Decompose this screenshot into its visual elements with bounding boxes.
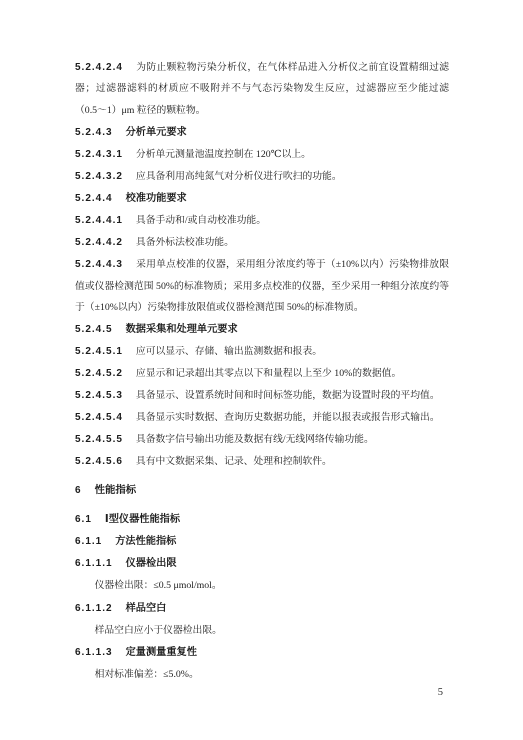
clause-text: 分析单元要求 [126,127,187,138]
section-heading: 6.1.1.1仪器检出限 [75,553,449,574]
section-heading: 5.2.4.5数据采集和处理单元要求 [75,319,449,340]
page-number: 5 [438,686,443,700]
clause-paragraph: 5.2.4.5.2应显示和记录超出其零点以下和量程以上至少 10%的数据值。 [75,363,449,384]
clause-paragraph: 5.2.4.4.2具备外标法校准功能。 [75,232,449,253]
section-heading: 6.1.1.3定量测量重复性 [75,642,449,663]
clause-paragraph: 5.2.4.2.4为防止颗粒物污染分析仪，在气体样品进入分析仪之前宜设置精细过滤… [75,57,449,121]
clause-text: 具备显示实时数据、查询历史数据功能，并能以报表或报告形式输出。 [136,412,440,423]
section-heading: 5.2.4.4校准功能要求 [75,188,449,209]
body-paragraph: 仪器检出限：≤0.5 μmol/mol。 [75,575,449,596]
clause-text: 样品空白 [126,603,167,614]
clause-paragraph: 5.2.4.3.2应具备利用高纯氮气对分析仪进行吹扫的功能。 [75,166,449,187]
clause-text: 仪器检出限：≤0.5 μmol/mol。 [95,580,222,591]
clause-text: 样品空白应小于仪器检出限。 [95,625,222,636]
clause-number: 5.2.4.3.2 [75,171,123,182]
clause-number: 6.1.1.3 [75,647,113,658]
clause-text: 应可以显示、存储、输出监测数据和报表。 [136,346,322,357]
clause-text: 具有中文数据采集、记录、处理和控制软件。 [136,456,332,467]
clause-number: 5.2.4.5.1 [75,346,123,357]
clause-number: 5.2.4.5 [75,324,113,335]
clause-text: 为防止颗粒物污染分析仪，在气体样品进入分析仪之前宜设置精细过滤器；过滤器滤料的材… [75,62,449,116]
clause-text: 方法性能指标 [115,536,176,547]
clause-text: 具备数字信号输出功能及数据有线/无线网络传输功能。 [136,434,374,445]
clause-paragraph: 5.2.4.3.1分析单元测量池温度控制在 120℃以上。 [75,144,449,165]
clause-text: 具备外标法校准功能。 [136,237,234,248]
section-heading: 6.1Ⅰ型仪器性能指标 [75,509,449,530]
clause-number: 5.2.4.5.3 [75,390,123,401]
clause-text: 仪器检出限 [126,558,177,569]
document-content: 5.2.4.2.4为防止颗粒物污染分析仪，在气体样品进入分析仪之前宜设置精细过滤… [75,57,449,686]
clause-number: 6.1.1 [75,536,102,547]
clause-number: 5.2.4.5.6 [75,456,123,467]
clause-text: 分析单元测量池温度控制在 120℃以上。 [136,149,311,160]
section-heading: 6.1.1方法性能指标 [75,531,449,552]
body-paragraph: 相对标准偏差：≤5.0%。 [75,664,449,685]
clause-paragraph: 5.2.4.5.6具有中文数据采集、记录、处理和控制软件。 [75,451,449,472]
section-heading: 6.1.1.2样品空白 [75,598,449,619]
document-page: 5.2.4.2.4为防止颗粒物污染分析仪，在气体样品进入分析仪之前宜设置精细过滤… [0,0,523,740]
chapter-heading: 6性能指标 [75,480,449,501]
clause-number: 6.1 [75,514,92,525]
clause-number: 5.2.4.3.1 [75,149,123,160]
clause-number: 5.2.4.2.4 [75,62,123,73]
clause-text: 校准功能要求 [126,193,187,204]
clause-paragraph: 5.2.4.5.3具备显示、设置系统时间和时间标签功能，数据为设置时段的平均值。 [75,385,449,406]
clause-number: 5.2.4.4.2 [75,237,123,248]
clause-number: 5.2.4.3 [75,127,113,138]
clause-text: 相对标准偏差：≤5.0%。 [95,669,199,680]
clause-number: 6.1.1.2 [75,603,113,614]
clause-text: 应显示和记录超出其零点以下和量程以上至少 10%的数据值。 [136,368,401,379]
clause-number: 5.2.4.4.1 [75,215,123,226]
clause-text: 采用单点校准的仪器，采用组分浓度约等于（±10%以内）污染物排放限值或仪器检测范… [75,259,449,313]
clause-text: 具备显示、设置系统时间和时间标签功能，数据为设置时段的平均值。 [136,390,440,401]
clause-number: 6.1.1.1 [75,558,113,569]
clause-number: 5.2.4.5.4 [75,412,123,423]
clause-number: 5.2.4.4.3 [75,259,123,270]
clause-text: 数据采集和处理单元要求 [126,324,238,335]
clause-text: 应具备利用高纯氮气对分析仪进行吹扫的功能。 [136,171,342,182]
section-heading: 5.2.4.3分析单元要求 [75,122,449,143]
clause-number: 5.2.4.5.2 [75,368,123,379]
clause-text: Ⅰ型仪器性能指标 [105,514,180,525]
body-paragraph: 样品空白应小于仪器检出限。 [75,620,449,641]
clause-number: 6 [75,485,82,496]
clause-number: 5.2.4.5.5 [75,434,123,445]
clause-paragraph: 5.2.4.4.1具备手动和/或自动校准功能。 [75,210,449,231]
clause-number: 5.2.4.4 [75,193,113,204]
clause-paragraph: 5.2.4.5.4具备显示实时数据、查询历史数据功能，并能以报表或报告形式输出。 [75,407,449,428]
clause-paragraph: 5.2.4.5.1应可以显示、存储、输出监测数据和报表。 [75,341,449,362]
clause-paragraph: 5.2.4.5.5具备数字信号输出功能及数据有线/无线网络传输功能。 [75,429,449,450]
clause-text: 定量测量重复性 [126,647,197,658]
clause-paragraph: 5.2.4.4.3采用单点校准的仪器，采用组分浓度约等于（±10%以内）污染物排… [75,254,449,318]
clause-text: 具备手动和/或自动校准功能。 [136,215,266,226]
clause-text: 性能指标 [95,485,137,496]
